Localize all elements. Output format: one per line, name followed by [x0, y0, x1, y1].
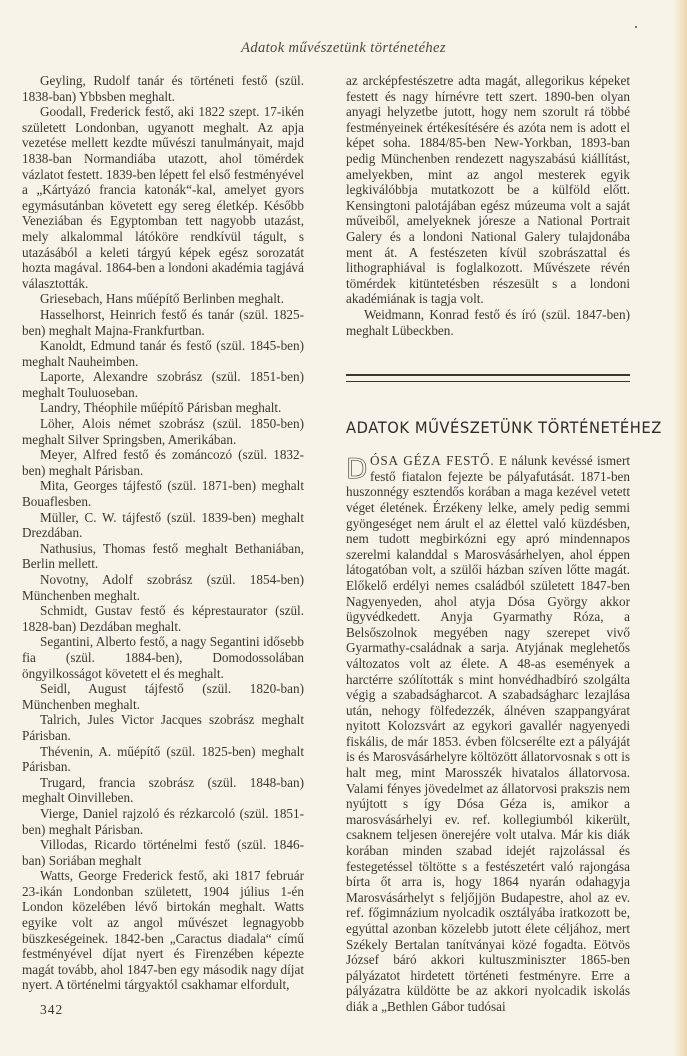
article-dosa-geza: DÓSA GÉZA FESTŐ. E nálunk kevéssé ismert… [346, 453, 630, 1014]
entry-schmidt: Schmidt, Gustav festő és képrestaurator … [22, 603, 304, 634]
running-title: Adatok művészetünk történetéhez [0, 40, 687, 57]
entry-goodall: Goodall, Frederick festő, aki 1822 szept… [22, 104, 304, 291]
entry-segantini: Segantini, Alberto festő, a nagy Seganti… [22, 634, 304, 681]
entry-geyling: Geyling, Rudolf tanár és történeti festő… [22, 73, 304, 104]
entry-meyer: Meyer, Alfred festő és zománcozó (szül. … [22, 447, 304, 478]
entry-laporte: Laporte, Alexandre szobrász (szül. 1851-… [22, 369, 304, 400]
scan-speck [635, 26, 637, 28]
entry-talrich: Talrich, Jules Victor Jacques szobrász m… [22, 712, 304, 743]
entry-nathusius: Nathusius, Thomas festő meghalt Bethaniá… [22, 541, 304, 572]
left-column: Geyling, Rudolf tanár és történeti festő… [22, 73, 304, 993]
entry-landry: Landry, Théophile műépítő Párisban megha… [22, 400, 304, 416]
entry-mita: Mita, Georges tájfestő (szül. 1871-ben) … [22, 478, 304, 509]
section-title: ADATOK MŰVÉSZETÜNK TÖRTÉNETÉHEZ [346, 420, 607, 436]
page-number: 342 [40, 1002, 63, 1018]
entry-weidmann: Weidmann, Konrad festő és író (szül. 184… [346, 307, 630, 338]
entry-muller: Müller, C. W. tájfestő (szül. 1839-ben) … [22, 510, 304, 541]
drop-cap: D [346, 455, 366, 483]
section-divider [346, 374, 630, 382]
article-lead-caps: ÓSA GÉZA FESTŐ. [370, 453, 494, 468]
entry-seidl: Seidl, August tájfestő (szül. 1820-ban) … [22, 681, 304, 712]
entry-novotny: Novotny, Adolf szobrász (szül. 1854-ben)… [22, 572, 304, 603]
entry-watts: Watts, George Frederick festő, aki 1817 … [22, 868, 304, 993]
entry-thevenin: Thévenin, A. műépítő (szül. 1825-ben) me… [22, 744, 304, 775]
divider-rule-top [346, 374, 630, 376]
divider-rule-bottom [346, 381, 630, 382]
entry-loher: Löher, Alois német szobrász (szül. 1850-… [22, 416, 304, 447]
entry-watts-continued: az arcképfestészetre adta magát, allegor… [346, 73, 630, 307]
entry-vierge: Vierge, Daniel rajzoló és rézkarcoló (sz… [22, 806, 304, 837]
right-column: az arcképfestészetre adta magát, allegor… [346, 73, 630, 1015]
entry-griesebach: Griesebach, Hans műépítő Berlinben megha… [22, 291, 304, 307]
entry-hasselhorst: Hasselhorst, Heinrich festő és tanár (sz… [22, 307, 304, 338]
entry-kanoldt: Kanoldt, Edmund tanár és festő (szül. 18… [22, 338, 304, 369]
article-body: E nálunk kevéssé ismert festő fiatalon f… [346, 453, 630, 1014]
entry-trugard: Trugard, francia szobrász (szül. 1848-ba… [22, 775, 304, 806]
page-edge-shadow [673, 0, 687, 1056]
entry-villodas: Villodas, Ricardo történelmi festő (szül… [22, 837, 304, 868]
